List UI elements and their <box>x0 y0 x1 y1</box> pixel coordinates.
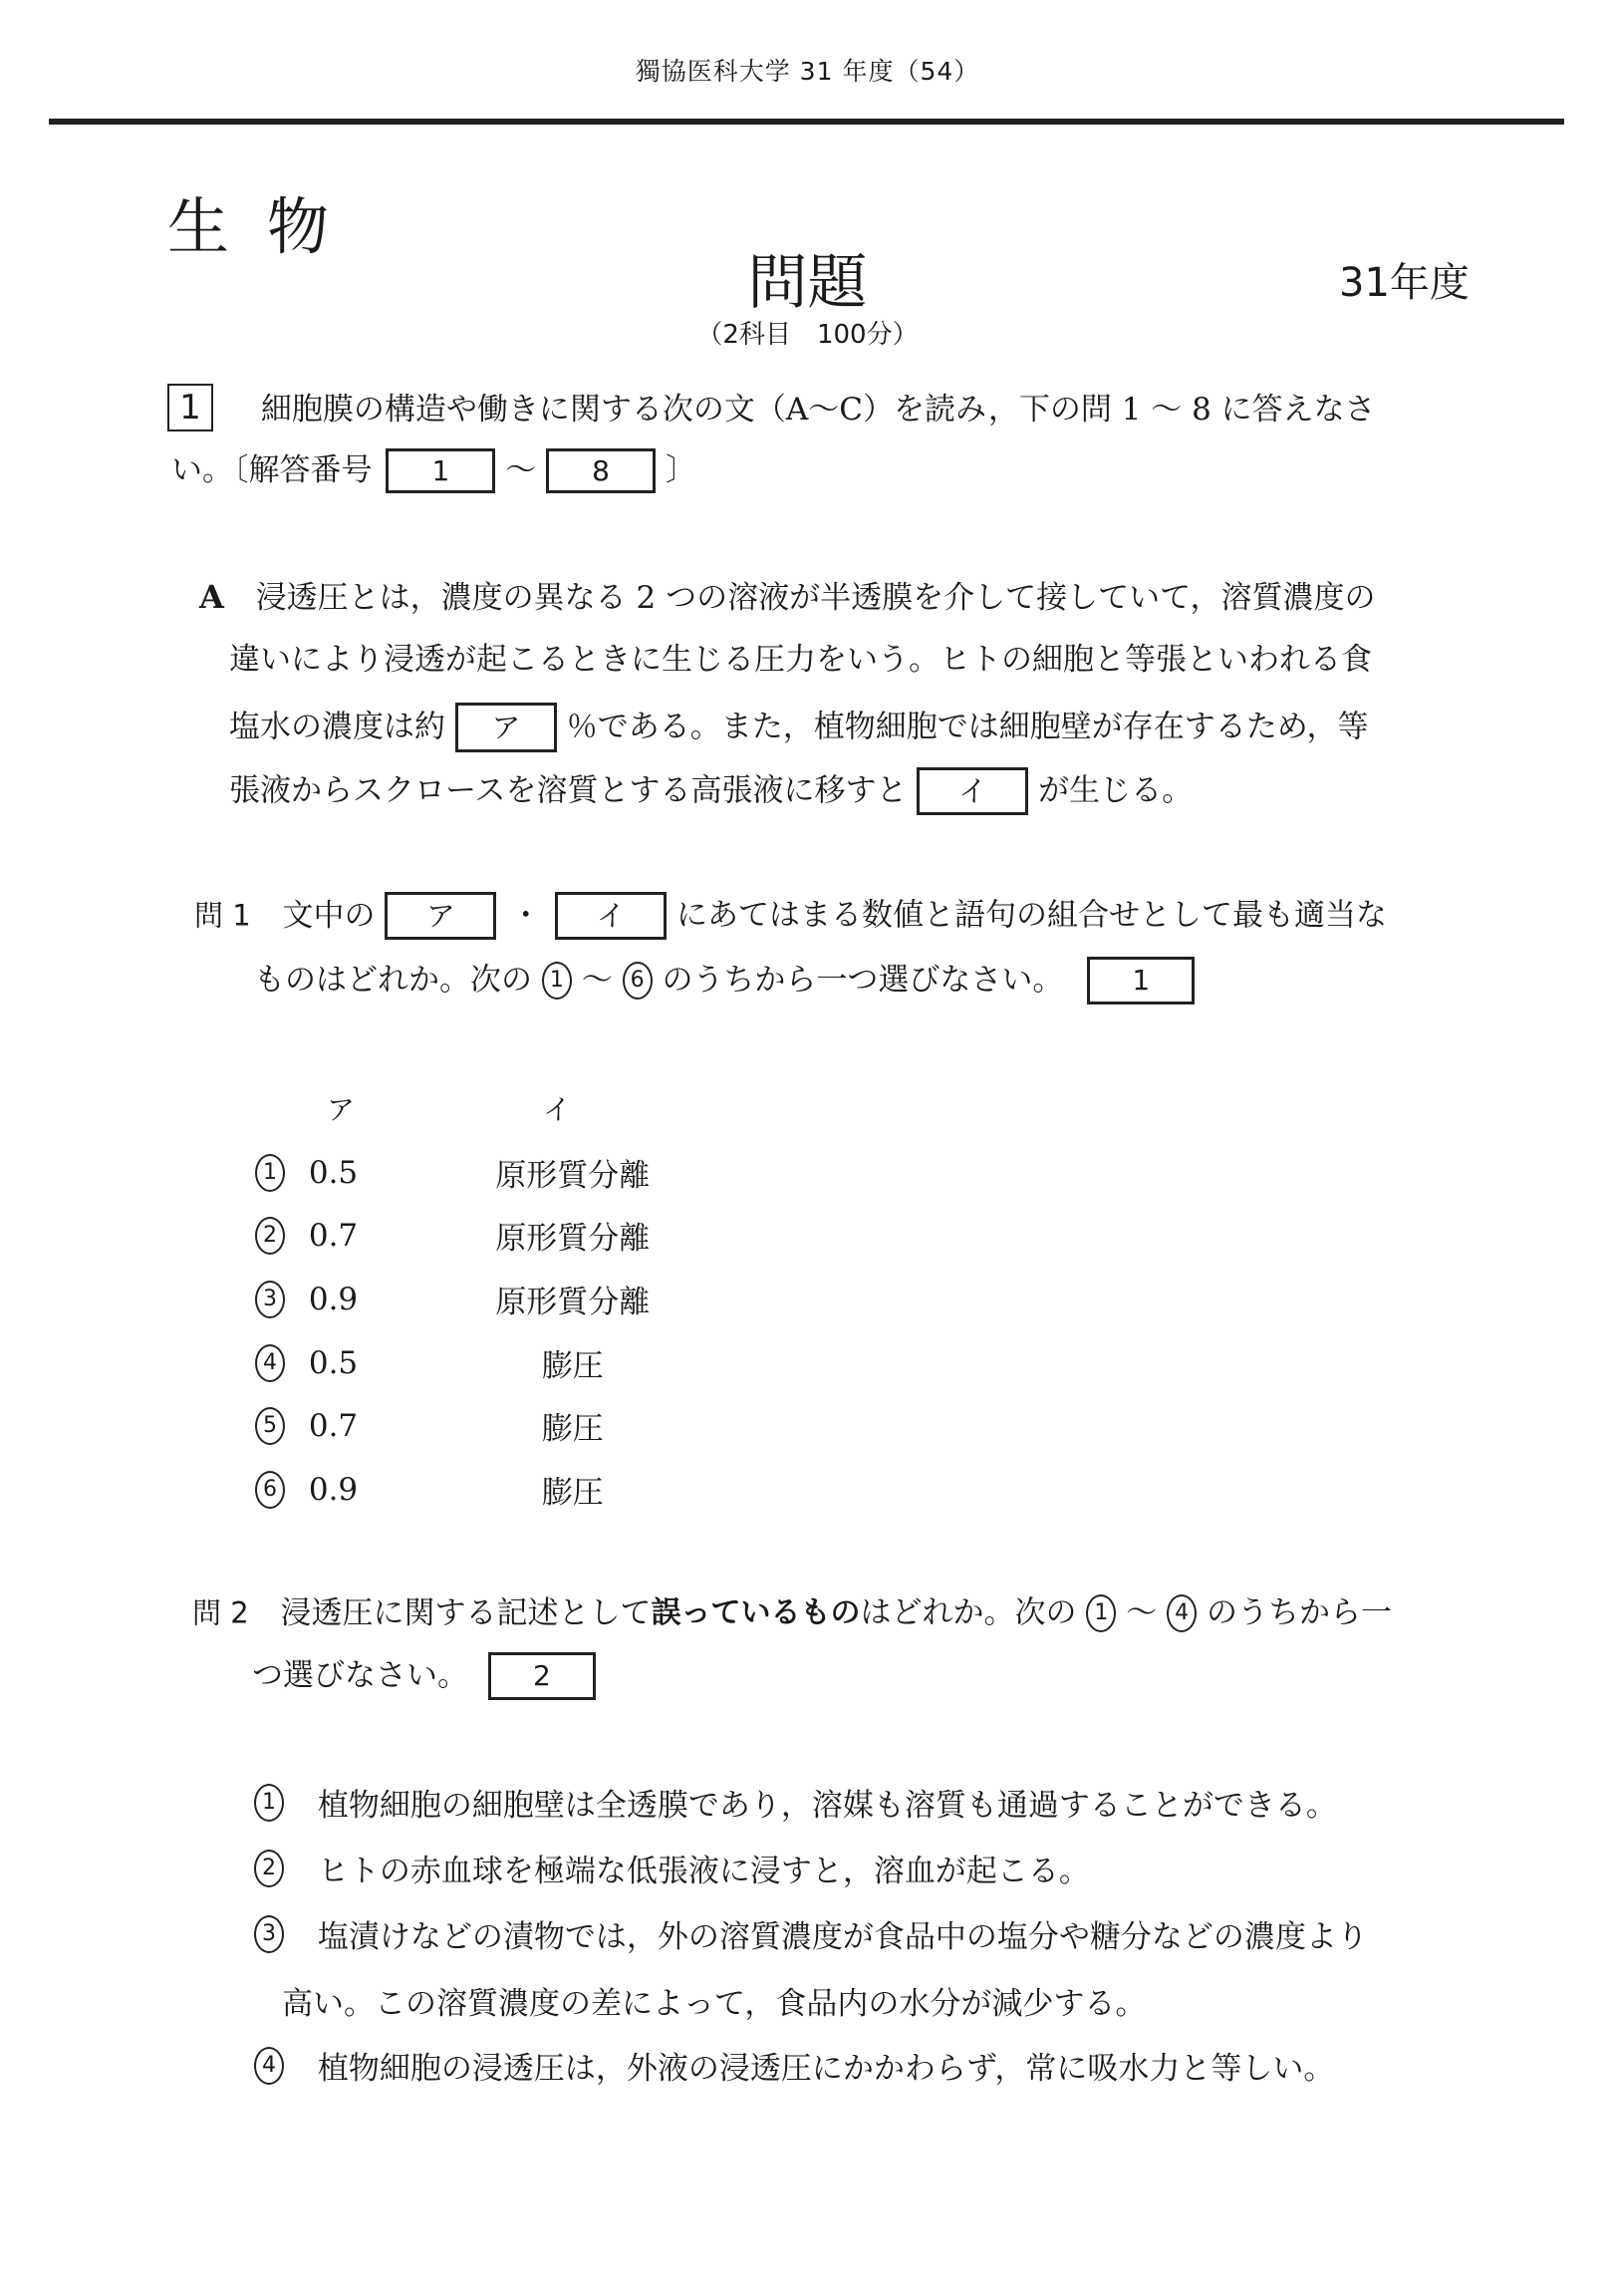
table-header-a: ア <box>327 1088 355 1128</box>
exam-subtitle: （2科目 100分） <box>0 314 1615 351</box>
mon2-label: 問 2 <box>192 1596 249 1630</box>
option-number: 6 <box>255 1471 285 1509</box>
circled-number: 6 <box>623 962 653 1000</box>
option-item: 1 植物細胞の細胞壁は全透膜であり，溶媒も溶質も通過することができる。 <box>254 1780 1337 1825</box>
option-number: 3 <box>255 1281 285 1318</box>
question-1-intro-line1: 1 細胞膜の構造や働きに関する次の文（A～C）を読み，下の問 1 ～ 8 に答え… <box>167 384 1376 431</box>
blank-i: イ <box>917 767 1028 815</box>
passage-a-line2: 違いにより浸透が起こるときに生じる圧力をいう。ヒトの細胞と等張といわれる食 <box>229 645 1372 676</box>
option-row: 2 0.7 原形質分離 <box>255 1213 677 1258</box>
question-1-intro-line2: い。〔解答番号 1 ～ 8 〕 <box>171 448 696 493</box>
mon2-line2: つ選びなさい。 2 <box>252 1652 596 1700</box>
passage-a-line4: 張液からスクロースを溶質とする高張液に移すと イ が生じる。 <box>229 767 1193 815</box>
option-row: 3 0.9 原形質分離 <box>255 1277 677 1321</box>
option-number: 4 <box>255 1344 285 1382</box>
exam-year: 31年度 <box>1339 251 1470 308</box>
option-number: 3 <box>254 1915 284 1953</box>
option-item: 3 塩漬けなどの漬物では，外の溶質濃度が食品中の塩分や糖分などの濃度より <box>254 1911 1368 1956</box>
emphasis-text: 誤っているもの <box>652 1595 861 1630</box>
option-number: 2 <box>255 1217 285 1255</box>
option-number: 2 <box>254 1850 284 1887</box>
passage-a-line3: 塩水の濃度は約 ア ％である。また，植物細胞では細胞壁が存在するため，等 <box>229 703 1368 752</box>
circled-number: 1 <box>542 962 572 1000</box>
option-number: 1 <box>255 1154 285 1192</box>
mon1-label: 問 1 <box>194 899 251 933</box>
blank-a: ア <box>455 703 557 752</box>
header-rule <box>49 119 1564 125</box>
answer-range-start-box: 1 <box>386 448 495 493</box>
running-header: 獨協医科大学 31 年度（54） <box>0 52 1615 88</box>
option-number: 4 <box>254 2047 284 2085</box>
mon2-line1: 問 2 浸透圧に関する記述として誤っているものはどれか。次の 1 ～ 4 のうち… <box>192 1594 1392 1632</box>
intro-text: 細胞膜の構造や働きに関する次の文（A～C）を読み，下の問 1 ～ 8 に答えなさ <box>261 392 1376 428</box>
mon1-line1: 問 1 文中の ア ・ イ にあてはまる数値と語句の組合せとして最も適当な <box>194 892 1387 940</box>
question-number-box: 1 <box>167 384 213 431</box>
answer-range-end-box: 8 <box>546 448 656 493</box>
mon1-answer-box: 1 <box>1087 957 1195 1004</box>
option-row: 6 0.9 膨圧 <box>255 1467 677 1512</box>
option-item: 2 ヒトの赤血球を極端な低張液に浸すと，溶血が起こる。 <box>254 1846 1090 1890</box>
mon1-blank-i: イ <box>555 892 667 940</box>
circled-number: 1 <box>1086 1594 1116 1632</box>
option-item-continuation: 高い。この溶質濃度の差によって，食品内の水分が減少する。 <box>282 1978 1146 2023</box>
mon2-answer-box: 2 <box>488 1652 596 1700</box>
passage-label: A <box>199 578 224 616</box>
option-item: 4 植物細胞の浸透圧は，外液の浸透圧にかかわらず，常に吸水力と等しい。 <box>254 2043 1334 2088</box>
mon1-blank-a: ア <box>385 892 496 940</box>
circled-number: 4 <box>1167 1594 1197 1632</box>
option-number: 1 <box>254 1784 284 1822</box>
mon1-line2: ものはどれか。次の 1 ～ 6 のうちから一つ選びなさい。 1 <box>254 957 1195 1004</box>
option-row: 4 0.5 膨圧 <box>255 1340 677 1385</box>
option-number: 5 <box>255 1407 285 1445</box>
passage-a-line1: A 浸透圧とは，濃度の異なる 2 つの溶液が半透膜を介して接していて，溶質濃度の <box>199 581 1376 614</box>
option-row: 5 0.7 膨圧 <box>255 1403 677 1448</box>
table-header-i: イ <box>543 1088 571 1128</box>
option-row: 1 0.5 原形質分離 <box>255 1150 677 1195</box>
